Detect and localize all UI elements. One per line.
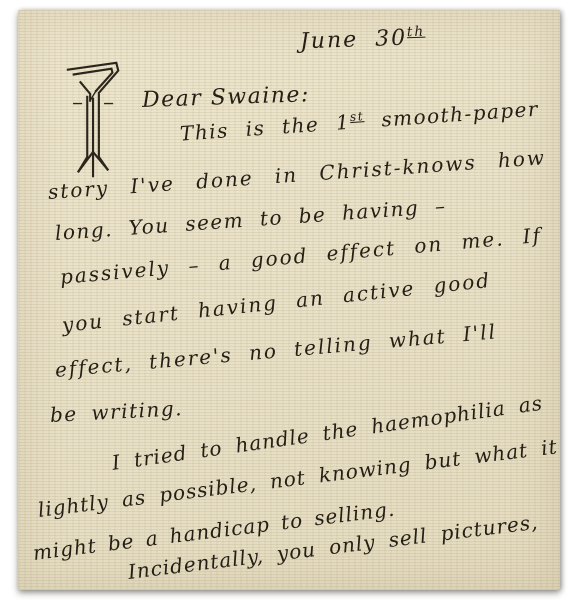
date-line: June 30th <box>300 26 426 54</box>
line1-pre: This is the 1 <box>179 110 351 146</box>
handwritten-line-7: be writing. <box>49 398 183 425</box>
letter-paper: June 30th Dear Swaine: This is the 1st s… <box>18 10 560 590</box>
date-ordinal-suffix: th <box>407 24 426 41</box>
line1-post: smooth-paper <box>364 97 540 133</box>
salutation-line: Dear Swaine: <box>142 84 311 112</box>
art-deco-monogram-icon <box>58 58 132 184</box>
line1-sup: st <box>349 108 364 124</box>
date-main: June 30 <box>300 26 408 55</box>
